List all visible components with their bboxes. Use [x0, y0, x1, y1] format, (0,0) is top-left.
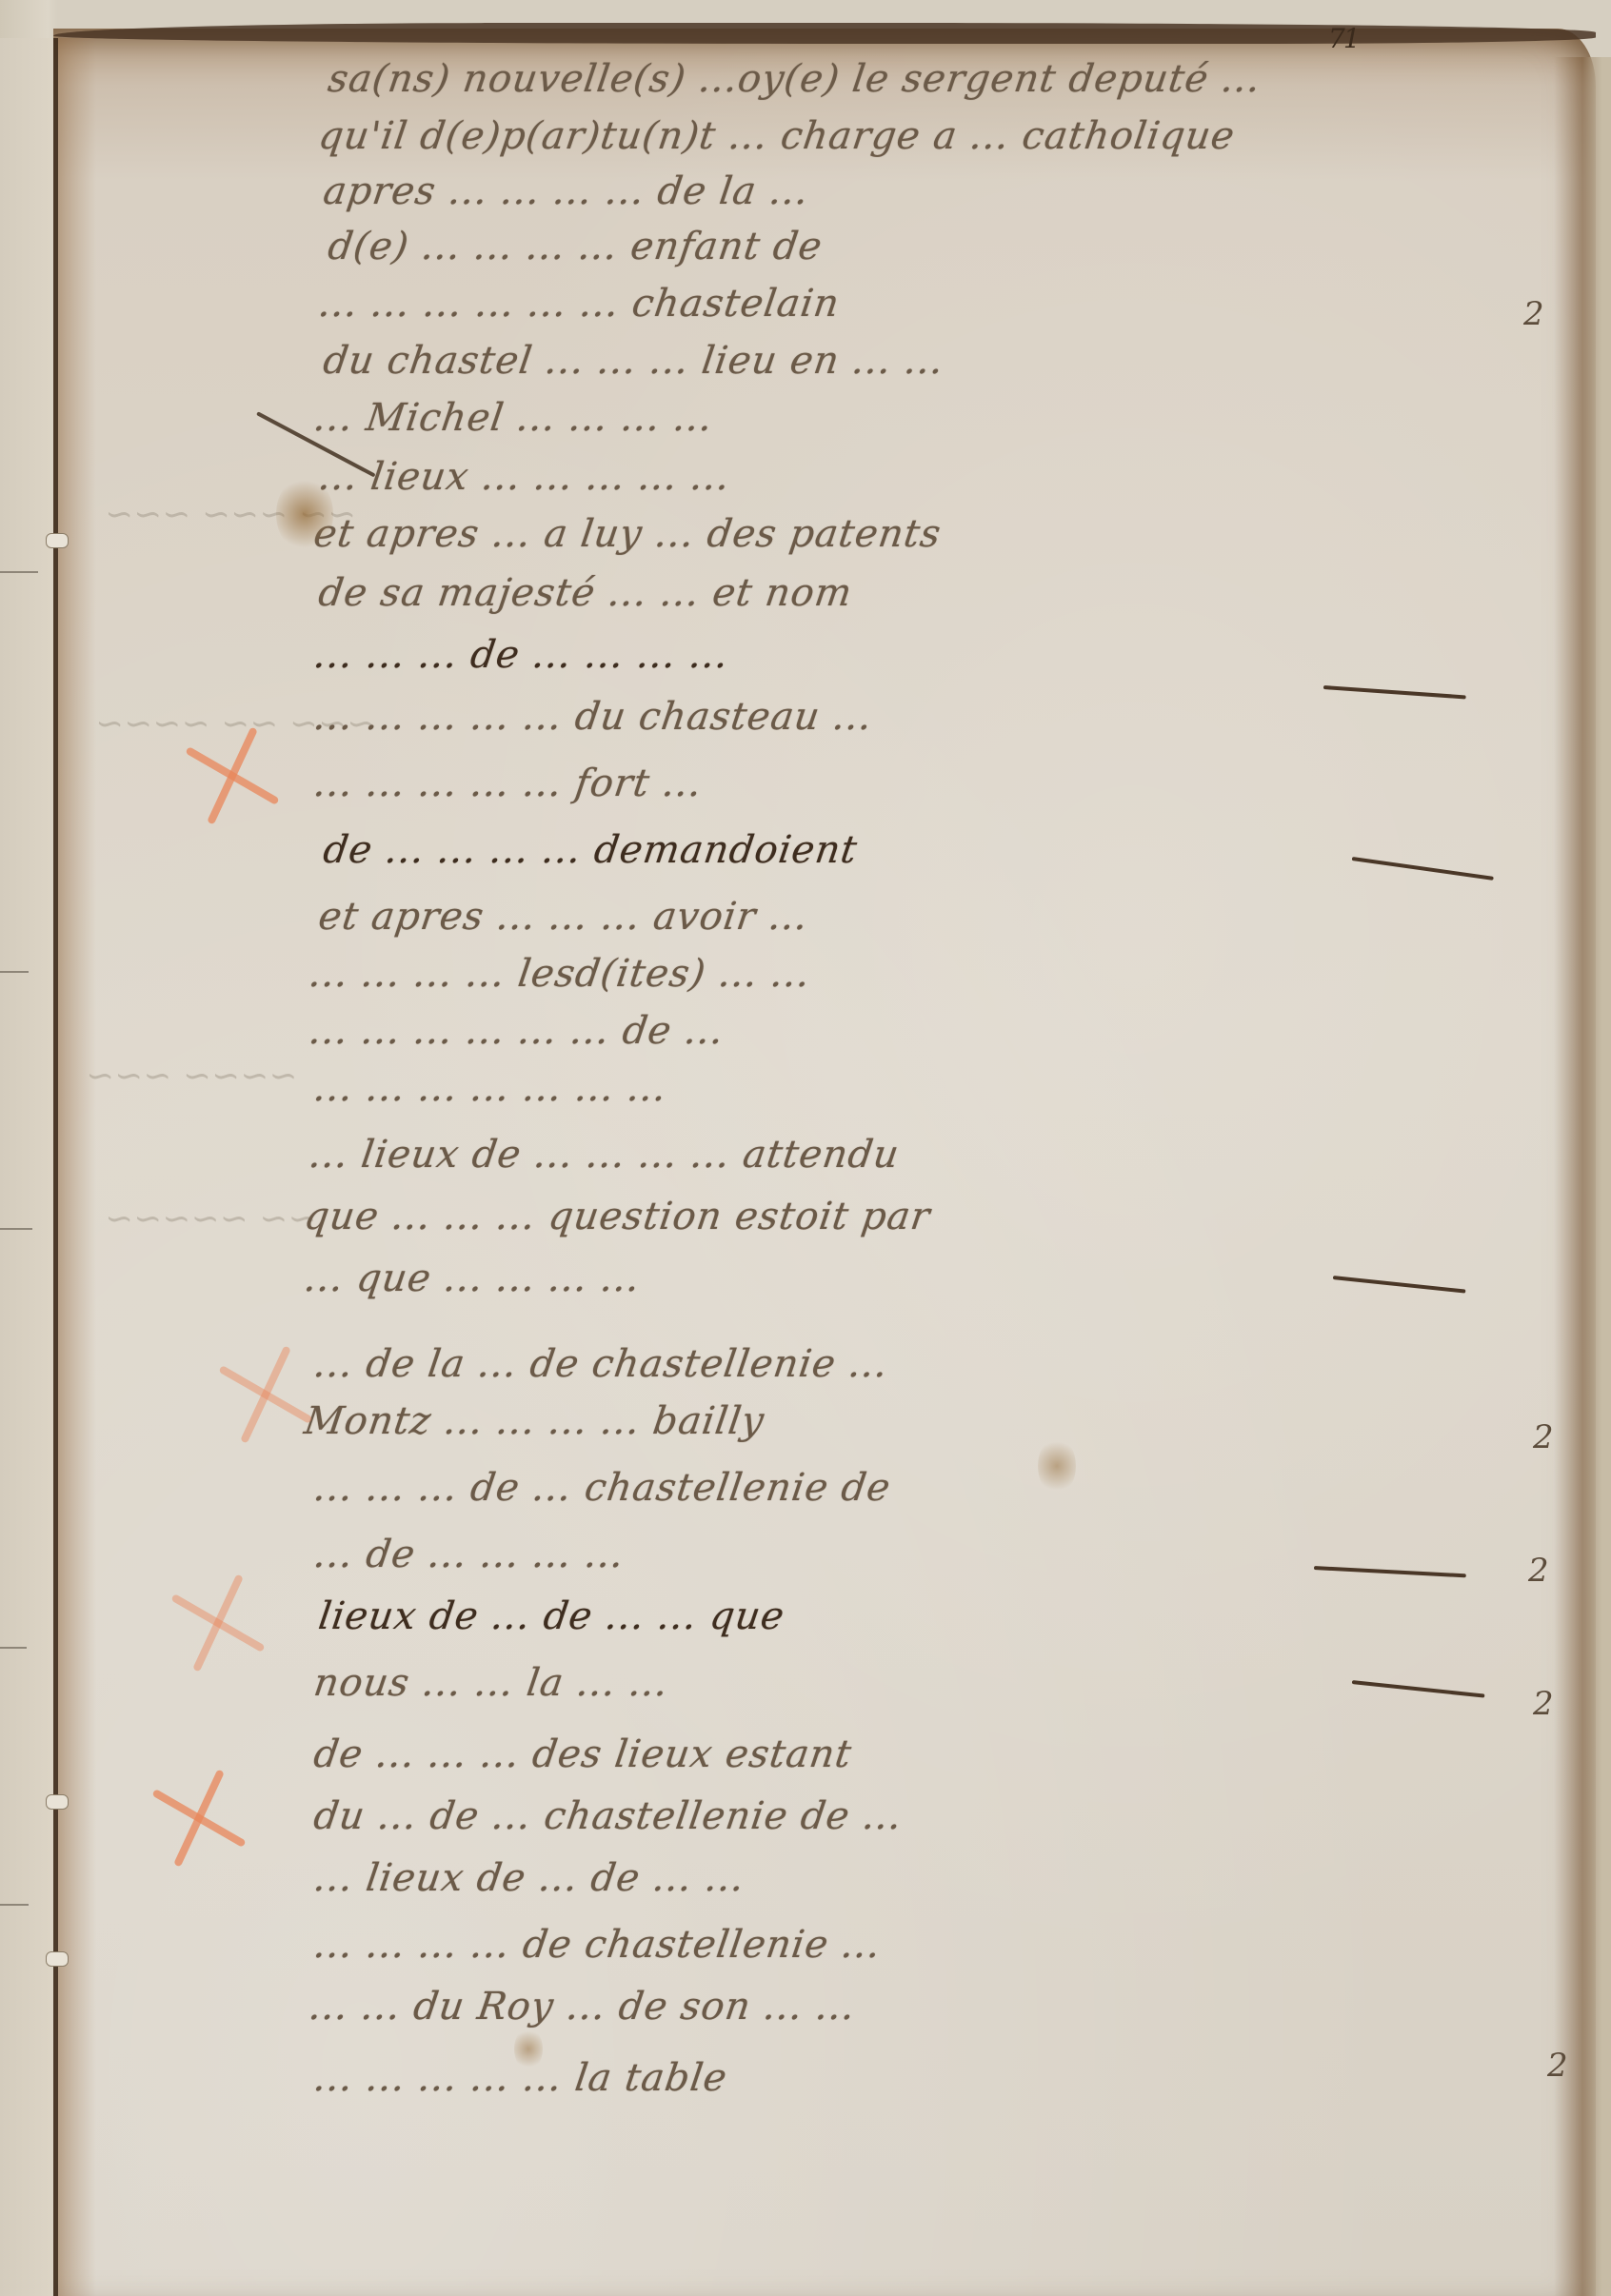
manuscript-line: ... lieux de ... ... ... ... attendu [307, 1133, 903, 1177]
manuscript-line: d(e) ... ... ... ... enfant de [326, 225, 825, 268]
manuscript-line: ... de ... ... ... ... [311, 1533, 627, 1576]
right-margin-mark: 2 [1533, 1685, 1554, 1723]
manuscript-line: de sa majesté ... ... et nom [316, 571, 855, 615]
right-margin-mark: 2 [1547, 2047, 1568, 2085]
binding-stitch [46, 1794, 69, 1810]
manuscript-line: ... ... ... ... ... ... chastelain [316, 282, 843, 326]
ink-stain [1038, 1437, 1076, 1494]
manuscript-line: du ... de ... chastellenie de ... [311, 1794, 905, 1838]
manuscript-line: ... ... ... ... ... ... de ... [307, 1009, 727, 1053]
manuscript-line: Montz ... ... ... ... bailly [302, 1399, 767, 1443]
red-cross-mark [224, 1342, 309, 1447]
manuscript-line: ... ... ... ... de chastellenie ... [311, 1923, 885, 1967]
manuscript-line: ... ... ... ... lesd(ites) ... ... [307, 952, 813, 996]
leaf-ink-mark [0, 571, 38, 573]
manuscript-line: qu'il d(e)p(ar)tu(n)t ... charge a ... c… [316, 114, 1238, 158]
manuscript-line: lieux de ... de ... ... que [316, 1594, 787, 1638]
binding-stitch [46, 1951, 69, 1967]
red-cross-mark [190, 723, 276, 828]
red-cross-mark [176, 1571, 262, 1675]
manuscript-line: ... ... ... de ... ... ... ... [311, 633, 732, 677]
right-margin-mark: 2 [1533, 1418, 1554, 1456]
manuscript-line: et apres ... a luy ... des patents [311, 512, 945, 556]
leaf-ink-mark [0, 971, 29, 973]
manuscript-line: et apres ... ... ... avoir ... [316, 895, 811, 939]
manuscript-line: ... Michel ... ... ... ... [311, 396, 716, 440]
red-cross-mark [157, 1766, 243, 1870]
manuscript-line: ... de la ... de chastellenie ... [311, 1342, 891, 1386]
bleed-through-text: ~~~~ ~~~ [84, 1057, 300, 1096]
manuscript-line: de ... ... ... ... demandoient [321, 828, 861, 872]
manuscript-line: ... ... ... ... ... du chasteau ... [311, 695, 876, 739]
bleed-through-text: ~~ ~~~~~ [103, 1199, 319, 1238]
manuscript-line: nous ... ... la ... ... [311, 1661, 671, 1705]
manuscript-line: ... ... ... ... ... fort ... [311, 762, 706, 805]
manuscript-line: que ... ... ... question estoit par [302, 1195, 933, 1238]
leaf-ink-mark [0, 1228, 32, 1230]
folio-number: 71 [1328, 23, 1359, 54]
manuscript-line: ... que ... ... ... ... [302, 1257, 644, 1300]
leaf-ink-mark [0, 1904, 29, 1906]
manuscript-line: sa(ns) nouvelle(s) ...oy(e) le sergent d… [326, 57, 1264, 101]
manuscript-line: apres ... ... ... ... de la ... [321, 169, 812, 213]
manuscript-line: ... ... ... ... ... ... ... [311, 1066, 670, 1110]
manuscript-line: de ... ... ... des lieux estant [311, 1732, 855, 1776]
manuscript-line: du chastel ... ... ... lieu en ... ... [321, 339, 947, 383]
right-margin-mark: 2 [1528, 1552, 1549, 1590]
manuscript-line: ... lieux de ... de ... ... [311, 1856, 747, 1900]
manuscript-line: ... ... ... de ... chastellenie de [311, 1466, 894, 1510]
page-right-edge [1554, 57, 1611, 2296]
right-margin-mark: 2 [1523, 295, 1544, 333]
manuscript-line: ... lieux ... ... ... ... ... [316, 455, 733, 499]
ink-blot [276, 476, 333, 552]
leaf-ink-mark [0, 1647, 27, 1649]
ink-stain [514, 2028, 543, 2070]
binding-stitch [46, 533, 69, 548]
manuscript-line: ... ... du Roy ... de son ... ... [307, 1985, 859, 2029]
